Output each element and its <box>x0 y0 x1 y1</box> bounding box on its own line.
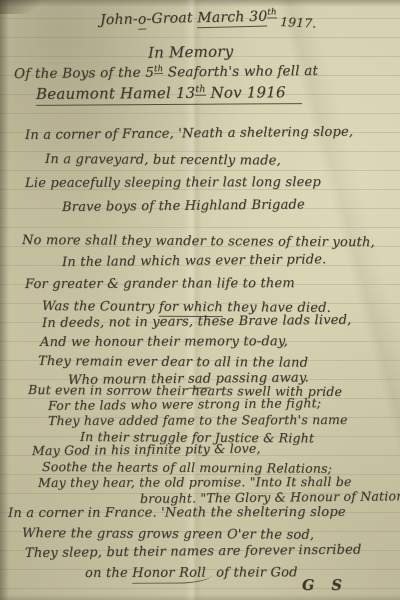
poem-line: For greater & grander than life to them <box>25 273 400 296</box>
dedication-text: Seaforth's who fell at <box>163 63 318 81</box>
line-text: In the land which was ever their pride. <box>62 252 327 270</box>
line-text: Where the grass grows green O'er the sod… <box>22 526 314 543</box>
line-text: on the <box>85 566 132 581</box>
dedication-text: Of the Boys of the <box>14 65 145 82</box>
stanza-5: May God in his infinite pity & love, Soo… <box>0 443 400 507</box>
stanza-6: In a corner in France. 'Neath the shelte… <box>0 504 400 584</box>
line-text: And we honour their memory to-day, <box>40 334 288 350</box>
memorial-title: In Memory <box>148 42 234 61</box>
line-text: They sleep, but their names are forever … <box>25 542 362 561</box>
poem-line: For the lads who were strong in the figh… <box>48 394 400 413</box>
battle-date-text: Beaumont Hamel 13th Nov 1916 <box>36 83 302 106</box>
dateline-year: 1917. <box>280 15 317 31</box>
poem-line: In deeds, not in years, these Brave lads… <box>42 310 400 333</box>
month-year: Nov 1916 <box>205 83 285 102</box>
dedication-line: Of the Boys of the 5th Seaforth's who fe… <box>14 61 318 82</box>
stanza-4: But even in sorrow their hearts swell wi… <box>0 382 400 444</box>
paper-corner-crease <box>0 0 46 14</box>
poem-line: They sleep, but their names are forever … <box>25 540 400 564</box>
line-text: For greater & grander than life to them <box>25 276 295 292</box>
line-text: Brave boys of the Highland Brigade <box>62 197 305 215</box>
day-number: 13 <box>176 84 196 102</box>
line-text: In a graveyard, but recently made, <box>45 152 281 168</box>
line-text: They have added fame to the Seaforth's n… <box>48 412 348 428</box>
poem-line: They have added fame to the Seaforth's n… <box>48 412 400 429</box>
poem-line: And we honour their memory to-day, <box>40 332 400 352</box>
line-text: No more shall they wander to scenes of t… <box>22 233 375 250</box>
underlined-phrase: Honor Roll <box>132 566 212 584</box>
poem-line: In a corner of France, 'Neath a shelteri… <box>25 120 400 148</box>
line-text: May God in his infinite pity & love, <box>32 441 261 458</box>
ordinal-suffix: th <box>195 84 205 96</box>
ordinal-suffix: th <box>267 7 277 18</box>
poem-line: In a corner in France. 'Neath the shelte… <box>8 503 400 524</box>
signature-initials: G S <box>302 577 348 594</box>
manuscript-page: John-o-Groat March 30th1917. In Memory O… <box>0 0 400 600</box>
poem-line: May God in his infinite pity & love, <box>32 439 400 459</box>
stanza-3: In deeds, not in years, these Brave lads… <box>0 314 400 390</box>
place-name: Beaumont Hamel <box>36 84 176 103</box>
dateline-text: John- <box>100 11 138 28</box>
dateline: John-o-Groat March 30th1917. <box>100 6 316 28</box>
line-text: For the lads who were strong in the figh… <box>48 395 321 413</box>
dateline-text: -Groat <box>146 10 197 27</box>
stanza-1: In a corner of France, 'Neath a shelteri… <box>0 124 400 220</box>
line-text: Lie peacefully sleeping their last long … <box>25 175 321 191</box>
regiment-number: 5 <box>145 65 154 81</box>
ordinal-suffix: th <box>154 63 163 74</box>
battle-date-line: Beaumont Hamel 13th Nov 1916 <box>36 83 302 103</box>
poem-line: on the Honor Roll of their God <box>85 563 400 584</box>
line-text: In a corner in France. 'Neath the shelte… <box>8 505 346 521</box>
poem-line: In the land which was ever their pride. <box>62 248 400 274</box>
line-text: May they hear, the old promise. "Into It… <box>38 474 352 490</box>
line-text: In a corner of France, 'Neath a shelteri… <box>25 125 353 143</box>
dateline-text: March 30 <box>197 8 268 28</box>
stanza-2: No more shall they wander to scenes of t… <box>0 230 400 318</box>
line-text: of their God <box>212 565 298 580</box>
poem-line: Brave boys of the Highland Brigade <box>62 192 400 220</box>
line-text: In deeds, not in years, these Brave lads… <box>42 313 352 331</box>
